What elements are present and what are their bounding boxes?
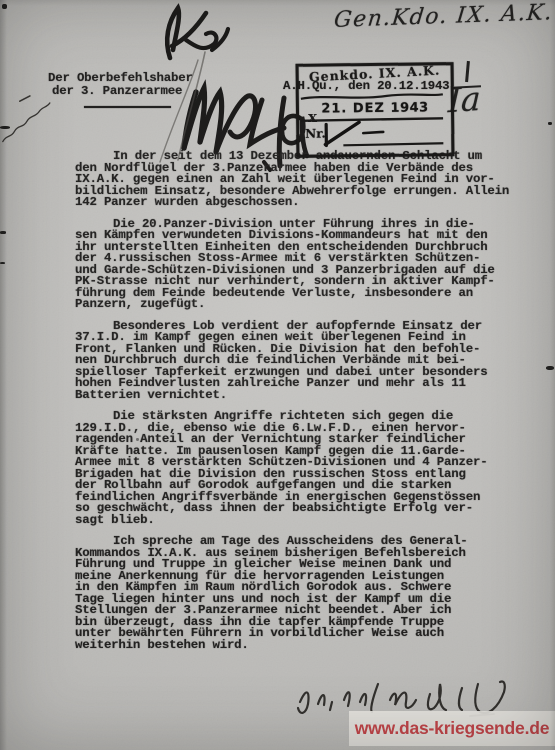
- stamp-date-year: 1943: [390, 100, 428, 115]
- paper-speck: [0, 231, 6, 234]
- watermark-text: www.das-kriegsende.de: [355, 718, 550, 739]
- body-text: In der seit dem 13 Dezember andauernden …: [75, 151, 540, 661]
- stamp-date: 21. DEZ 1943: [299, 100, 451, 117]
- margin-note-scribble: [0, 92, 70, 162]
- watermark-strip: www.das-kriegsende.de: [349, 711, 555, 746]
- letterhead-line2: der 3. Panzerarmee: [48, 85, 193, 98]
- paper-speck: [548, 122, 552, 125]
- handwritten-unit-annotation: Gen.Kdo. IX. A.K.: [333, 0, 555, 33]
- paragraph: Die 20.Panzer-Division unter Führung ihr…: [75, 219, 540, 311]
- scanned-document-page: Der Oberbefehlshaber der 3. Panzerarmee …: [0, 0, 555, 750]
- paragraph: Ich spreche am Tage des Ausscheidens des…: [75, 536, 540, 651]
- letterhead-underline: [84, 106, 171, 108]
- paper-speck: [0, 262, 5, 264]
- paper-speck: [136, 438, 139, 441]
- paragraph: Besonderes Lob verdient der aufopfernde …: [75, 321, 540, 402]
- letterhead: Der Oberbefehlshaber der 3. Panzerarmee: [48, 72, 193, 98]
- paragraph: Die stärksten Angriffe richteten sich ge…: [75, 411, 540, 526]
- paragraph: In der seit dem 13 Dezember andauernden …: [75, 151, 540, 209]
- stamp-nr-label: Nr.: [305, 127, 326, 141]
- paper-speck: [2, 4, 7, 9]
- stamp-date-day: 21. DEZ: [321, 101, 385, 117]
- paper-speck: [0, 126, 10, 129]
- dateline: A.H.Qu., den 20.12.1943: [283, 79, 449, 93]
- paper-speck: [546, 366, 554, 370]
- receipt-stamp: Genkdo. IX. A.K. 21. DEZ 1943 Nr.: [296, 62, 455, 158]
